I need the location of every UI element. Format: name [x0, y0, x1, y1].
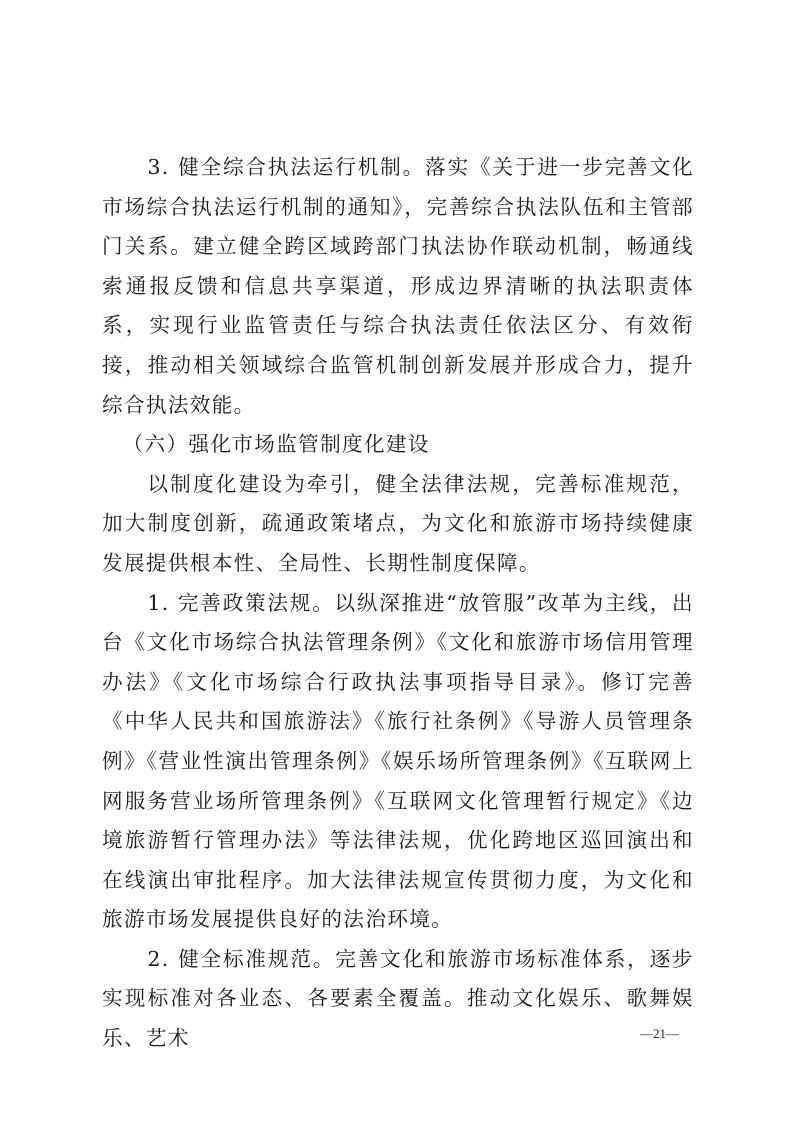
paragraph-enforcement-mechanism: 3. 健全综合执法运行机制。落实《关于进一步完善文化市场综合执法运行机制的通知》…	[102, 148, 694, 425]
section-heading: （六）强化市场监管制度化建设	[102, 425, 694, 465]
paragraph-intro: 以制度化建设为牵引，健全法律法规，完善标准规范，加大制度创新，疏通政策堵点，为文…	[102, 465, 694, 584]
document-page: 3. 健全综合执法运行机制。落实《关于进一步完善文化市场综合执法运行机制的通知》…	[102, 148, 694, 1059]
page-number: —21—	[640, 1026, 679, 1042]
paragraph-standards: 2. 健全标准规范。完善文化和旅游市场标准体系，逐步实现标准对各业态、各要素全覆…	[102, 940, 694, 1059]
paragraph-policy-regulations: 1. 完善政策法规。以纵深推进“放管服”改革为主线，出台《文化市场综合执法管理条…	[102, 584, 694, 940]
